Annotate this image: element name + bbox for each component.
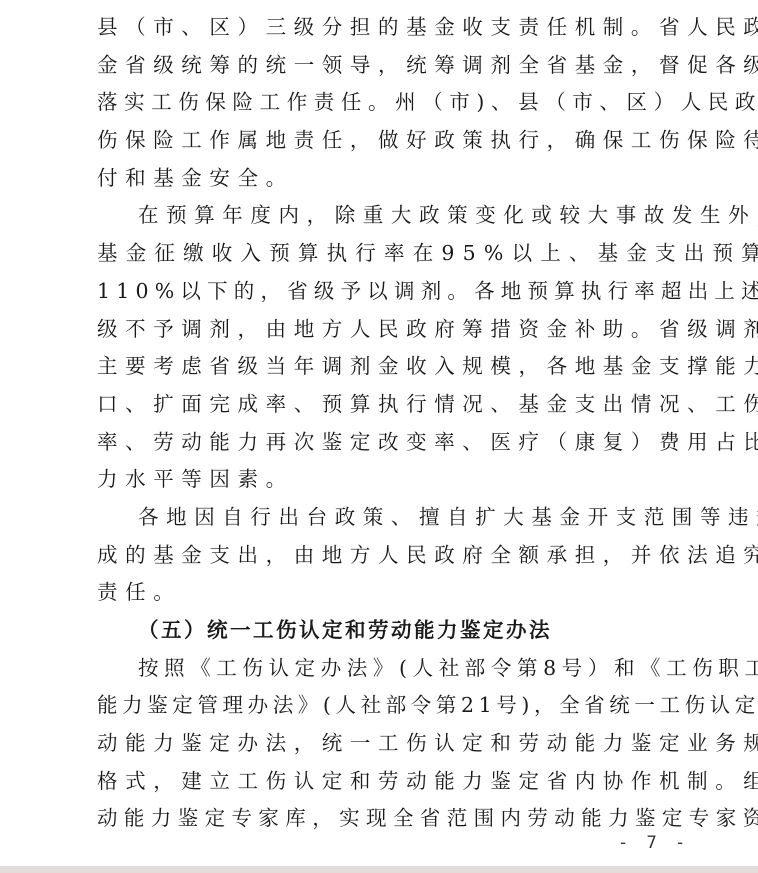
text-line: 责任。 [97,574,665,612]
text-line: 基金征缴收入预算执行率在95%以上、基金支出预算执行率在 [97,235,665,273]
text-line: 动能力鉴定办法，统一工伤认定和劳动能力鉴定业务规程及文书 [97,725,665,763]
text-line: 口、扩面完成率、预算执行情况、基金支出情况、工伤事故发生 [97,386,665,424]
paragraph-start-line: 在预算年度内，除重大政策变化或较大事故发生外，对各地 [97,197,665,235]
text-line: 力水平等因素。 [97,461,665,499]
text-line: 金省级统筹的统一领导，统筹调剂全省基金，督促各级地方政府 [97,47,665,85]
page-number: - 7 - [618,833,689,853]
text-line: 落实工伤保险工作责任。州（市)、县（市、区）人民政府承担工 [97,84,665,122]
paragraph-start-line: 各地因自行出台政策、擅自扩大基金开支范围等违规行为造 [97,499,665,537]
text-line: 县（市、区）三级分担的基金收支责任机制。省人民政府负责基 [97,9,665,47]
text-line: 级不予调剂，由地方人民政府筹措资金补助。省级调剂金的下拨 [97,311,665,349]
text-line: 能力鉴定管理办法》(人社部令第21号)，全省统一工伤认定和劳 [97,687,665,725]
text-line: 成的基金支出，由地方人民政府全额承担，并依法追究有关人员 [97,537,665,575]
text-line: 率、劳动能力再次鉴定改变率、医疗（康复）费用占比、地方财 [97,424,665,462]
text-line: 伤保险工作属地责任，做好政策执行，确保工伤保险待遇足额支 [97,122,665,160]
text-line: 格式，建立工伤认定和劳动能力鉴定省内协作机制。组建省级劳 [97,763,665,801]
text-line: 110%以下的，省级予以调剂。各地预算执行率超出上述范围的省 [97,273,665,311]
text-line: 主要考虑省级当年调剂金收入规模，各地基金支撑能力、基金缺 [97,348,665,386]
text-line: 付和基金安全。 [97,160,665,198]
document-page: 县（市、区）三级分担的基金收支责任机制。省人民政府负责基 金省级统筹的统一领导，… [0,0,758,866]
section-heading: （五）统一工伤认定和劳动能力鉴定办法 [97,612,665,650]
text-line: 动能力鉴定专家库，实现全省范围内劳动能力鉴定专家资源共享。 [97,800,665,838]
document-body: 县（市、区）三级分担的基金收支责任机制。省人民政府负责基 金省级统筹的统一领导，… [97,9,665,838]
paragraph-start-line: 按照《工伤认定办法》(人社部令第8号）和《工伤职工劳动 [97,650,665,688]
page-bottom-edge [0,866,758,873]
